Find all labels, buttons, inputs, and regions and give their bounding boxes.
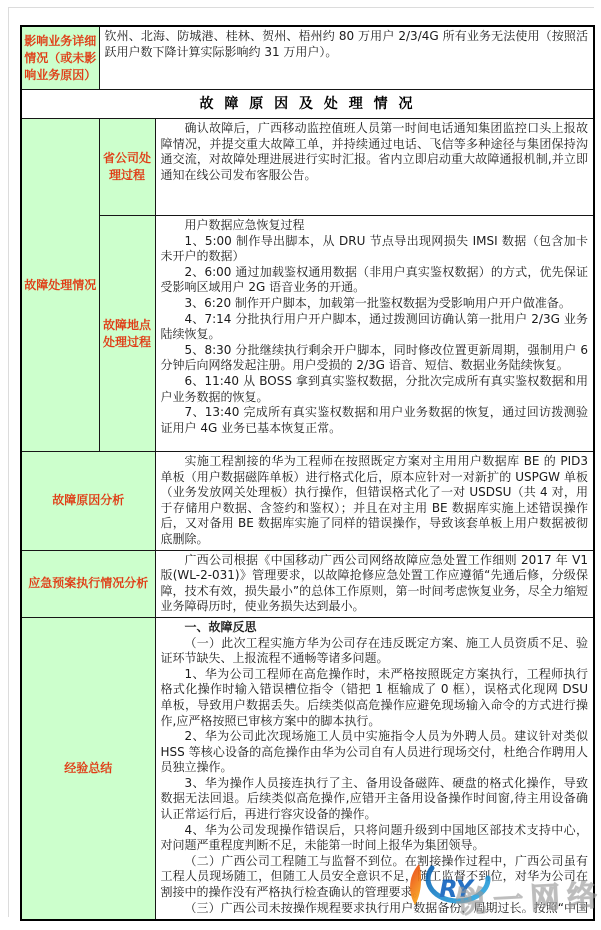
incident-report-table: 影响业务详细情况（或未影响业务原因） 钦州、北海、防城港、桂林、贺州、梧州约 8… <box>20 25 595 921</box>
section-header-row: 故 障 原 因 及 处 理 情 况 <box>21 90 594 119</box>
paragraph: 广西公司根据《中国移动广西公司网络故障应急处置工作细则 2017 年 V1 版(… <box>161 553 589 615</box>
emergency-plan-content: 广西公司根据《中国移动广西公司网络故障应急处置工作细则 2017 年 V1 版(… <box>155 550 594 617</box>
paragraph: 4、7:14 分批执行用户开户脚本，通过拨测回访确认第一批用户 2/3G 业务陆… <box>161 312 589 343</box>
paragraph: （三）广西公司未按操作规程要求执行用户数据备份，周期过长。按照“中国移动 <box>161 901 589 913</box>
cause-analysis-content: 实施工程割接的华为工程师在按照既定方案对主用用户数据库 BE 的 PID3 单板… <box>155 452 594 551</box>
paragraph: 3、6:20 制作开户脚本，加载第一批鉴权数据为受影响用户开户做准备。 <box>161 296 589 312</box>
paragraph: 2、华为公司此次现场施工人员中实施指令人员为外聘人员。建议针对类似 HSS 等核… <box>161 729 589 776</box>
site-handling-row: 故障地点处理过程 用户数据应急恢复过程1、5:00 制作导出脚本，从 DRU 节… <box>21 216 594 452</box>
impact-text: 钦州、北海、防城港、桂林、贺州、梧州约 80 万用户 2/3/4G 所有业务无法… <box>105 29 589 60</box>
paragraph: 3、华为操作人员接连执行了主、备用设备磁阵、硬盘的格式化操作，导致数据无法回退。… <box>161 776 589 823</box>
paragraph: 1、华为公司工程师在高危操作时，未严格按照既定方案执行，工程师执行格式化操作时输… <box>161 667 589 729</box>
paragraph: 6、11:40 从 BOSS 拿到真实鉴权数据，分批次完成所有真实鉴权数据和用户… <box>161 374 589 405</box>
site-process-content: 用户数据应急恢复过程1、5:00 制作导出脚本，从 DRU 节点导出现网损失 I… <box>155 216 594 452</box>
page-edge-line-top <box>8 7 594 8</box>
provincial-process-content: 确认故障后，广西移动监控值班人员第一时间电话通知集团监控口头上报故障情况，并提交… <box>155 119 594 216</box>
site-process-label: 故障地点处理过程 <box>99 216 155 452</box>
section-title: 故 障 原 因 及 处 理 情 况 <box>21 90 594 119</box>
lessons-row: 经验总结 一、故障反思 （一）此次工程实施方华为公司存在违反既定方案、施工人员资… <box>21 617 594 920</box>
cause-analysis-label: 故障原因分析 <box>21 452 155 551</box>
paragraph: 7、13:40 完成所有真实鉴权数据和用户业务数据的恢复，通过回访拨测验证用户 … <box>161 405 589 436</box>
page-edge-line-left <box>8 7 9 917</box>
impact-label: 影响业务详细情况（或未影响业务原因） <box>21 26 99 90</box>
paragraph: 实施工程割接的华为工程师在按照既定方案对主用用户数据库 BE 的 PID3 单板… <box>161 454 589 548</box>
handling-label: 故障处理情况 <box>21 119 99 452</box>
lessons-content: 一、故障反思 （一）此次工程实施方华为公司存在违反既定方案、施工人员资质不足、验… <box>155 617 594 920</box>
paragraph: 用户数据应急恢复过程 <box>161 218 589 234</box>
emergency-plan-label: 应急预案执行情况分析 <box>21 550 155 617</box>
emergency-plan-row: 应急预案执行情况分析 广西公司根据《中国移动广西公司网络故障应急处置工作细则 2… <box>21 550 594 617</box>
provincial-handling-row: 故障处理情况 省公司处理过程 确认故障后，广西移动监控值班人员第一时间电话通知集… <box>21 119 594 216</box>
paragraph: 5、8:30 分批继续执行剩余开户脚本，同时修改位置更新周期，强制用户 6 分钟… <box>161 343 589 374</box>
paragraph: 1、5:00 制作导出脚本，从 DRU 节点导出现网损失 IMSI 数据（包含加… <box>161 234 589 265</box>
impact-content: 钦州、北海、防城港、桂林、贺州、梧州约 80 万用户 2/3/4G 所有业务无法… <box>99 26 594 90</box>
paragraph: （一）此次工程实施方华为公司存在违反既定方案、施工人员资质不足、验证环节缺失、上… <box>161 636 589 667</box>
cause-analysis-row: 故障原因分析 实施工程割接的华为工程师在按照既定方案对主用用户数据库 BE 的 … <box>21 452 594 551</box>
paragraph: 4、华为公司发现操作错误后，只将问题升级到中国地区部技术支持中心，对问题严重程度… <box>161 823 589 854</box>
paragraph: 确认故障后，广西移动监控值班人员第一时间电话通知集团监控口头上报故障情况，并提交… <box>161 121 589 183</box>
paragraph: 2、6:00 通过加载鉴权通用数据（非用户真实鉴权数据）的方式，优先保证受影响区… <box>161 265 589 296</box>
lessons-label: 经验总结 <box>21 617 155 920</box>
paragraph: （二）广西公司工程随工与监督不到位。在割接操作过程中，广西公司虽有工程人员现场随… <box>161 854 589 901</box>
provincial-process-label: 省公司处理过程 <box>99 119 155 216</box>
lessons-heading: 一、故障反思 <box>161 620 589 636</box>
lessons-paragraphs: （一）此次工程实施方华为公司存在违反既定方案、施工人员资质不足、验证环节缺失、上… <box>161 636 589 913</box>
impact-row: 影响业务详细情况（或未影响业务原因） 钦州、北海、防城港、桂林、贺州、梧州约 8… <box>21 26 594 90</box>
